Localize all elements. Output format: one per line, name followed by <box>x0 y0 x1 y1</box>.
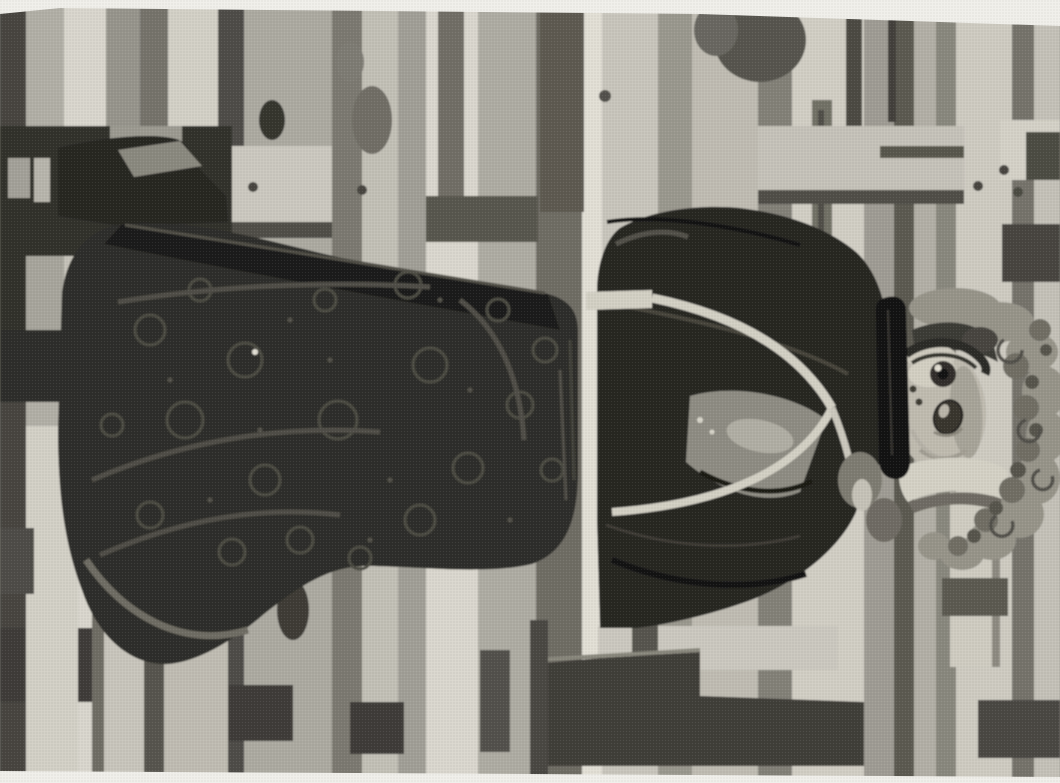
halftone-overlay <box>0 0 1060 783</box>
photo-surface-layer <box>0 0 1060 783</box>
photo-scene <box>0 0 1060 783</box>
photograph <box>0 0 1060 783</box>
